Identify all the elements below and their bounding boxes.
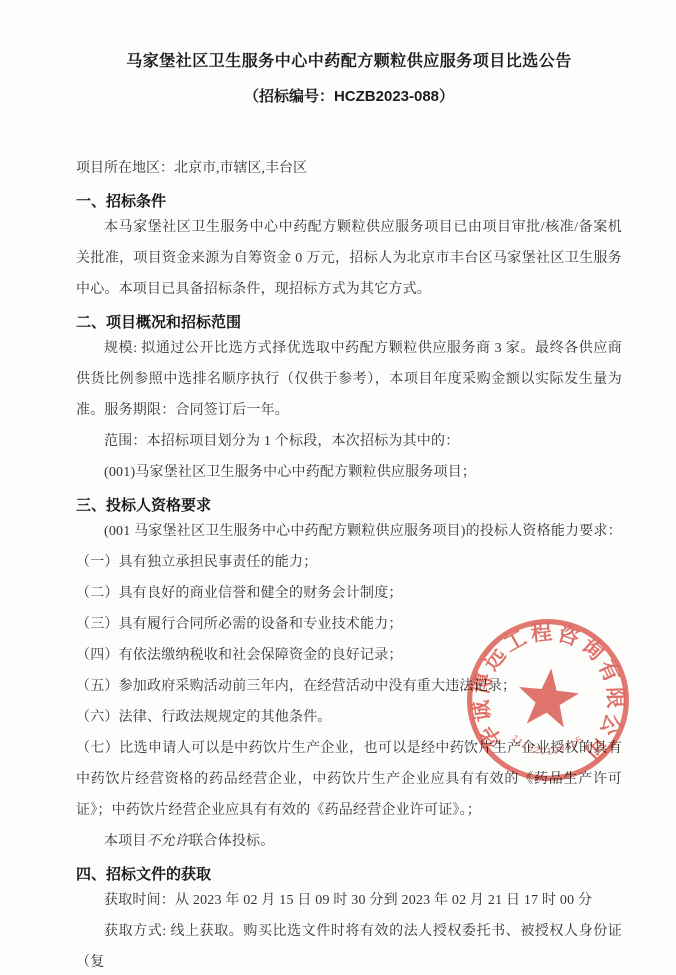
consortium-note-emphasis: 不允许 (147, 834, 190, 849)
section-1-heading: 一、招标条件 (76, 192, 622, 212)
tender-number-line: （招标编号：HCZB2023-088） (76, 87, 622, 107)
section-2-paragraph-scale: 规模: 拟通过公开比选方式择优选取中药配方颗粒供应服务商 3 家。最终各供应商供… (76, 333, 622, 426)
consortium-note: 本项目不允许联合体投标。 (76, 826, 622, 857)
qualification-item-7: （七）比选申请人可以是中药饮片生产企业，也可以是经中药饮片生产企业授权的具有中药… (76, 733, 622, 826)
qualification-item-4: （四）有依法缴纳税收和社会保障资金的良好记录； (76, 640, 622, 671)
section-4-paragraph-method: 获取方式: 线上获取。购买比选文件时将有效的法人授权委托书、被授权人身份证（复 (76, 916, 622, 975)
consortium-note-suffix: 联合体投标。 (189, 834, 274, 849)
section-3-intro: (001 马家堡社区卫生服务中心中药配方颗粒供应服务项目)的投标人资格能力要求： (76, 516, 622, 547)
document-page: 马家堡社区卫生服务中心中药配方颗粒供应服务项目比选公告 （招标编号：HCZB20… (0, 0, 676, 975)
section-3-heading: 三、投标人资格要求 (76, 496, 622, 516)
qualification-item-1: （一）具有独立承担民事责任的能力； (76, 547, 622, 578)
page-title: 马家堡社区卫生服务中心中药配方颗粒供应服务项目比选公告 (76, 52, 622, 72)
qualification-item-2: （二）具有良好的商业信誉和健全的财务会计制度； (76, 578, 622, 609)
document-content: 马家堡社区卫生服务中心中药配方颗粒供应服务项目比选公告 （招标编号：HCZB20… (76, 52, 622, 975)
qualification-item-3: （三）具有履行合同所必需的设备和专业技术能力； (76, 609, 622, 640)
project-location-line: 项目所在地区：北京市,市辖区,丰台区 (76, 153, 622, 184)
section-4-heading: 四、招标文件的获取 (76, 865, 622, 885)
section-2-paragraph-scope: 范围：本招标项目划分为 1 个标段，本次招标为其中的： (76, 426, 622, 457)
section-2-heading: 二、项目概况和招标范围 (76, 313, 622, 333)
qualification-item-6: （六）法律、行政法规规定的其他条件。 (76, 702, 622, 733)
qualification-item-5: （五）参加政府采购活动前三年内，在经营活动中没有重大违法记录； (76, 671, 622, 702)
section-1-paragraph: 本马家堡社区卫生服务中心中药配方颗粒供应服务项目已由项目审批/核准/备案机关批准… (76, 212, 622, 305)
section-4-paragraph-time: 获取时间：从 2023 年 02 月 15 日 09 时 30 分到 2023 … (76, 885, 622, 916)
section-2-paragraph-lot: (001)马家堡社区卫生服务中心中药配方颗粒供应服务项目； (76, 457, 622, 488)
consortium-note-prefix: 本项目 (104, 834, 147, 849)
